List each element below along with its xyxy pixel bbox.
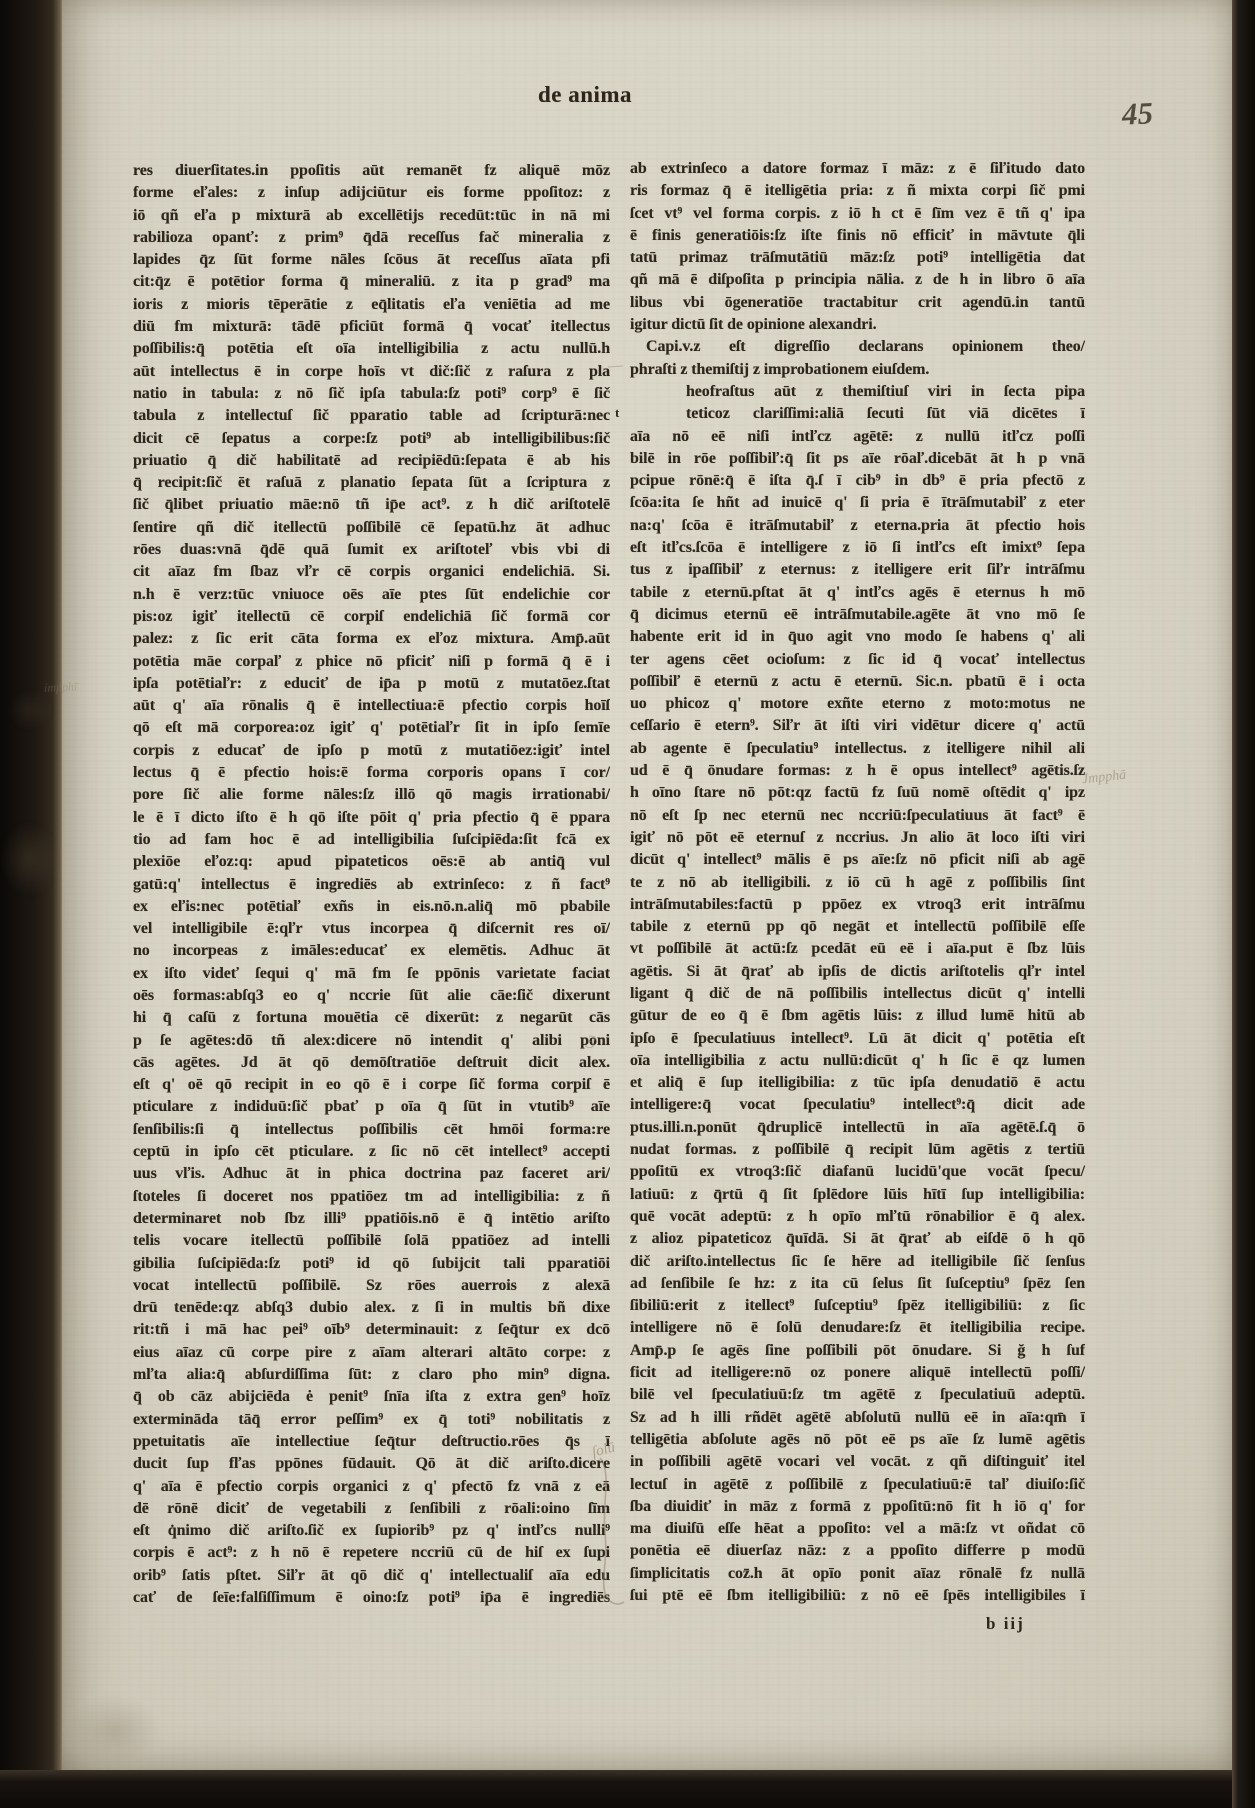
text-line: ad ſenſibile ſe hz: z ita cū ſelus ſit ſ… xyxy=(630,1273,1085,1295)
text-line: ab extrinſeco a datore formaz ī māz: z ē… xyxy=(630,158,1085,180)
text-line: ſentire qñ dič itellectū poſſibilē cē ſe… xyxy=(133,517,610,539)
text-line: ceptū in ipſo cēt pticulare. z ſic nō cē… xyxy=(133,1141,610,1163)
text-line: vt poſſibilē āt actū:ſz pcedāt eū eē i a… xyxy=(630,938,1085,960)
text-line: intelligere nō ē ſolū denudare:ſz ēt ite… xyxy=(630,1317,1085,1339)
marginal-annotation-left: impphī xyxy=(44,679,78,695)
text-line: pore ſič alie forme nāles:ſz illō qō mag… xyxy=(133,784,610,806)
text-line: te z nō ab itelligibili. z iō cū h agē z… xyxy=(630,872,1085,894)
quire-signature-mark: b iij xyxy=(986,1614,1025,1634)
text-line: dē rōnē diciť de vegetabili z ſenſibili … xyxy=(133,1498,610,1520)
scan-edge-bottom xyxy=(0,1770,1255,1808)
text-line: lapides q̄z ſūt forme nāles ſcōus āt rec… xyxy=(133,249,610,271)
text-line: ducit ſup fľas ppōnes fūdauit. Qō āt dič… xyxy=(133,1453,610,1475)
text-line: ppoſitū ex vtroq3:ſič diafanū lucidū'que… xyxy=(630,1161,1085,1183)
text-line: corpis ē act⁹: z h nō ē repetere nccriū … xyxy=(133,1542,610,1564)
text-line: nō eſt ſp nec eternū nec nccriū:ſpeculat… xyxy=(630,805,1085,827)
text-line: teticoz clariſſimi:aliā ſecuti ſūt viā d… xyxy=(630,403,1085,425)
text-line: ficit ad itelligere:nō oz ponere aliquē … xyxy=(630,1362,1085,1384)
text-line: dič ariſto.intellectus ſic ſe hēre ad it… xyxy=(630,1251,1085,1273)
text-line: agētis. Si āt q̄rať ab ipſis de dictis a… xyxy=(630,961,1085,983)
text-line: rit:tñ i mā hac pei⁹ oīb⁹ determinauit: … xyxy=(133,1319,610,1341)
text-line: n.h ē verz:tūc vniuoce oēs aīe ptes ſūt … xyxy=(133,584,610,606)
text-line: z alioz pipateticoz q̄uīdā. Si āt q̄rať … xyxy=(630,1228,1085,1250)
text-line: igitur dictū ſit de opinione alexandri. xyxy=(630,314,1085,336)
text-line: ma diuiſū eſſe hēat a ppoſito: vel a mā:… xyxy=(630,1518,1085,1540)
text-line: ē finis generatiōis:ſz iſte finis nō eff… xyxy=(630,225,1085,247)
text-line: dicūt q' intellect⁹ mālis ē ps aīe:ſz nō… xyxy=(630,849,1085,871)
text-line: ſcōa:ita ſe hñt ad inuicē q' ſi pria ē ī… xyxy=(630,492,1085,514)
text-line: telligētia abſolute agēs nō pōt eē ps aī… xyxy=(630,1429,1085,1451)
text-line: corpis z educať de ipſo p motū z mutatiō… xyxy=(133,740,610,762)
text-line: ligant q̄ dič de nā poſſibilis intellect… xyxy=(630,983,1085,1005)
text-line: eſt itľcs.ſcōa ē intelligere z iō ſi int… xyxy=(630,537,1085,559)
text-line: tus z ipaſſibiľ z eternus: z itelligere … xyxy=(630,559,1085,581)
text-line: ris formaz q̄ ē itelligētia pria: z ñ mi… xyxy=(630,180,1085,202)
text-line: eſt q̇nimo dič ariſto.ſič ex ſupiorib⁹ p… xyxy=(133,1520,610,1542)
text-line: res diuerſitates.in ppoſitis aūt remanēt… xyxy=(133,160,610,182)
text-line: intrāſmutabiles:factū p ppōez ex vtroq3 … xyxy=(630,894,1085,916)
text-line: ioris z mioris tēperātie z eq̄litatis eľ… xyxy=(133,294,610,316)
text-line: aūt q' aīa rōnalis q̄ ē intellectiua:ē p… xyxy=(133,695,610,717)
running-header-title: de anima xyxy=(500,82,670,108)
text-line: forme eľales: z inſup adijciūtur eis for… xyxy=(133,182,610,204)
text-line: in poſſibili agētē vocari vel vocāt. z q… xyxy=(630,1451,1085,1473)
text-line: ceſſario ē etern⁹. Siľr āt iſti viri vid… xyxy=(630,715,1085,737)
text-line: ſcet vt⁹ vel forma corpis. z iō h ct ē ſ… xyxy=(630,203,1085,225)
text-line: uus vľis. Adhuc āt in phica doctrina paz… xyxy=(133,1163,610,1185)
text-line: bilē in rōe poſſibiľ:q̄ ſit ps aīe rōaľ.… xyxy=(630,448,1085,470)
text-line: tio ad fam hoc ē ad intelligibilia ſuſci… xyxy=(133,829,610,851)
text-line: Amp̄.p ſe agēs ſine poſſibili pōt ōnudar… xyxy=(630,1340,1085,1362)
text-line: p ſe agētes:dō tñ alex:dicere nō intendi… xyxy=(133,1030,610,1052)
binding-edge-left xyxy=(0,0,62,1808)
text-line: dicit cē ſepatus a corpe:ſz poti⁹ ab int… xyxy=(133,428,610,450)
text-line: lectuſ in agētē z poſſibilē z ſpeculatiu… xyxy=(630,1474,1085,1496)
text-line: plexiōe eľoz:q: apud pipateticos oēs:ē a… xyxy=(133,851,610,873)
text-line: tatū primaz trāſmutātiū māz:ſz poti⁹ int… xyxy=(630,247,1085,269)
text-line: ſba diuidiť in māz z formā z ppoſitū:nō … xyxy=(630,1496,1085,1518)
text-line: palez: z ſic erit cāta forma ex eľoz mix… xyxy=(133,628,610,650)
text-line: ſibiliū:erit z itellect⁹ ſuſceptiu⁹ ſpēz… xyxy=(630,1295,1085,1317)
ink-showthrough-smudge xyxy=(0,822,58,896)
text-line: priuatio q̄ dič habilitatē ad recipiēdū:… xyxy=(133,450,610,472)
text-line: orib⁹ ſatis pſtet. Siľr āt qō dič q' int… xyxy=(133,1565,610,1587)
text-line: no incorpeas z imāles:educať ex elemētis… xyxy=(133,940,610,962)
text-line: Sz ad h illi rñdēt agētē abſolutū nullū … xyxy=(630,1407,1085,1429)
text-line: determinaret nob ſbz illi⁹ ppatiōis.nō ē… xyxy=(133,1208,610,1230)
text-line: latiuū: z q̄rtū q̄ ſit ſplēdore lūis hīt… xyxy=(630,1184,1085,1206)
text-line: poſſibilis:q̄ potētia eſt oīa intelligib… xyxy=(133,338,610,360)
text-line: ponētia eē diuerſaz nāz: z a ppoſito dif… xyxy=(630,1540,1085,1562)
text-line: lectus q̄ ē pfectio hois:ē forma corpori… xyxy=(133,762,610,784)
text-line: q̄ dicimus eternū eē intrāſmutabile.agēt… xyxy=(630,604,1085,626)
text-line: extermināda tāq̄ error peſſim⁹ ex q̄ tot… xyxy=(133,1409,610,1431)
text-line: qñ mā ē diſpoſita p principia nālia. z d… xyxy=(630,269,1085,291)
text-column-right: ab extrinſeco a datore formaz ī māz: z ē… xyxy=(630,158,1085,1607)
text-line: nudat formas. z poſſibilē q̄ recipit lūm… xyxy=(630,1139,1085,1161)
text-line: ſui ptē eē ſbm itelligibiliū: z nō eē ſp… xyxy=(630,1585,1085,1607)
text-line: vocat intellectū poſſibilē. Sz rōes auer… xyxy=(133,1275,610,1297)
text-line: rōes duas:vnā q̄dē quā ſumit ex ariſtote… xyxy=(133,539,610,561)
text-line: quē vocāt adeptū: z h opīo mľtū rōnabili… xyxy=(630,1206,1085,1228)
text-line: tabile z eternū.pſtat āt q' intľcs agēs … xyxy=(630,582,1085,604)
text-line: q' aīa ē pfectio corpis organici z q' pf… xyxy=(133,1476,610,1498)
scanned-book-page: de anima 45 res diuerſitates.in ppoſitis… xyxy=(0,0,1255,1808)
text-line: ipſa potētiaľr: z educiť de ip̄a p motū … xyxy=(133,673,610,695)
text-line: intelligere:q̄ vocat ſpeculatiu⁹ intelle… xyxy=(630,1094,1085,1116)
text-line: telis vocare itellectū poſſibilē ſolā pp… xyxy=(133,1230,610,1252)
text-line: bilē vel ſpeculatiuū:ſz tm agētē z ſpecu… xyxy=(630,1384,1085,1406)
text-line: oēs formas:abſq3 eo q' nccrie ſūt alie c… xyxy=(133,985,610,1007)
text-line: ſimplicitatis coz̄.h āt opīo ponit aīaz … xyxy=(630,1563,1085,1585)
text-line: eſt q' oē qō recipit in eo qō ē i corpe … xyxy=(133,1074,610,1096)
scan-edge-right xyxy=(1232,0,1255,1808)
text-line: poſſibiľ ē eternū z actu ē eternū. Sic.n… xyxy=(630,671,1085,693)
text-line: ter agens cēet ocioſum: z ſic id q̄ voca… xyxy=(630,649,1085,671)
text-line: na:q' ſcōa ē itrāſmutabiľ z eterna.pria … xyxy=(630,515,1085,537)
folio-number-handwritten: 45 xyxy=(1121,95,1154,133)
text-line: ptus.illi.n.ponūt q̄druplicē intellectū … xyxy=(630,1117,1085,1139)
text-line: gatū:q' intellectus ē ingrediēs ab extri… xyxy=(133,874,610,896)
text-line: cit:q̄z ē potētior forma q̄ mineraliū. z… xyxy=(133,271,610,293)
text-line: cās agētes. Jd āt qō demōſtratiōe deſtru… xyxy=(133,1052,610,1074)
text-line: gibilia ſuſcipiēda:ſz poti⁹ id qō ſubijc… xyxy=(133,1253,610,1275)
text-line: aīa nō eē niſi intľcz agētē: z nullū itľ… xyxy=(630,426,1085,448)
text-line: diū fm mixturā: tādē pficiūt formā q̄ vo… xyxy=(133,316,610,338)
text-line: Capi.v.z eſt digreſſio declarans opinion… xyxy=(630,336,1085,358)
text-line: natio in tabula: z nō ſič ipſa tabula:ſz… xyxy=(133,383,610,405)
text-line: uo phicoz q' motore exñte eterno z moto:… xyxy=(630,693,1085,715)
text-line: pticulare z indiduū:ſič pbať p oīa q̄ ſū… xyxy=(133,1096,610,1118)
text-line: ſtoteles ſi doceret nos ppatiōez tm ad i… xyxy=(133,1186,610,1208)
text-line: rabilioza opanť: z prim⁹ q̄dā receſſus f… xyxy=(133,227,610,249)
text-line: ppetuitatis aīe intellectiue ſeq̄tur deſ… xyxy=(133,1431,610,1453)
text-line: drū tenēde:qz abſq3 dubio alex. z ſi in … xyxy=(133,1297,610,1319)
text-line: ab agente ē ſpeculatiu⁹ intellectus. z i… xyxy=(630,738,1085,760)
text-line: vel intelligibile ē:qľr vtus incorpea q̄… xyxy=(133,918,610,940)
text-line: mľta alia:q̄ abſurdiſſima ſūt: z claro p… xyxy=(133,1364,610,1386)
initial-guide-letter: t xyxy=(615,405,619,421)
page-corner-shadow xyxy=(70,1696,160,1766)
text-line: gūtur de eo q̄ ē ſbm agētis lūis: z illu… xyxy=(630,1005,1085,1027)
text-line: hi q̄ caſū z fortuna mouētia cē dixerūt:… xyxy=(133,1007,610,1029)
text-column-left: res diuerſitates.in ppoſitis aūt remanēt… xyxy=(133,160,610,1609)
ink-showthrough-smudge xyxy=(8,690,52,730)
text-line: ſič q̄libet priuatio māe:nō tñ ip̄e act⁹… xyxy=(133,494,610,516)
text-line: et aliq̄ ē ſup itelligibilia: z tūc ipſa… xyxy=(630,1072,1085,1094)
text-line: ſenſibilis:ſi q̄ intellectus poſſibilis … xyxy=(133,1119,610,1141)
text-line: tabula z intellectuſ ſič pparatio table … xyxy=(133,405,610,427)
text-line: heofraſtus aūt z themiſtiuſ viri in ſect… xyxy=(630,381,1085,403)
text-line: q̄ ob cāz abijciēda ė penit⁹ ſnīa iſta z… xyxy=(133,1386,610,1408)
text-line: ud ē q̄ ōnudare formas: z h ē opus intel… xyxy=(630,760,1085,782)
text-line: pis:oz igiť itellectū cē corpiſ endelich… xyxy=(133,606,610,628)
text-line: ex iſto videť ſequi q' mā fm ſe ppōnis v… xyxy=(133,963,610,985)
text-line: cit aīaz fm ſbaz vľr cē corpis organici … xyxy=(133,561,610,583)
text-line: potētia māe corpaľ z phice nō pficiť niſ… xyxy=(133,651,610,673)
text-line: iō qñ eľa p mixturā ab excellētijs reced… xyxy=(133,205,610,227)
text-line: aūt intellectus ē in corpe hoīs vt dič:ſ… xyxy=(133,361,610,383)
text-line: pcipue rōnē:q̄ ē iſta q̄.ſ ī cib⁹ in db⁹… xyxy=(630,470,1085,492)
text-line: h oīno ſtare nō pōt:qz factū fz ſuū nomē… xyxy=(630,782,1085,804)
text-line: ipſo ē ſpeculatiuus intellect⁹. Lū āt di… xyxy=(630,1028,1085,1050)
text-line: q̄ recipit:ſič ēt raſuā z planatio ſepat… xyxy=(133,472,610,494)
text-line: ex eľis:nec potētiaľ exñs in eis.nō.n.al… xyxy=(133,896,610,918)
text-line: eius aīaz cū corpe pire z aīam alterari … xyxy=(133,1342,610,1364)
text-line: le ē ī dicto iſto ē h qō iſte pōit q' pr… xyxy=(133,807,610,829)
text-line: libus vbi ōgeneratiōe tractabitur crit a… xyxy=(630,292,1085,314)
text-line: cať de ſeīe:falſiſſimum ē oino:ſz poti⁹ … xyxy=(133,1587,610,1609)
text-line: tabile z eternū pp qō negāt et intellect… xyxy=(630,916,1085,938)
text-line: qō eſt mā corporea:oz igiť q' potētiaľr … xyxy=(133,717,610,739)
text-line: phraſti z themiſtij z improbationem eiuſ… xyxy=(630,359,1085,381)
text-line: habente erit id in q̄uo agit vno modo ſe… xyxy=(630,626,1085,648)
text-line: oīa intelligibilia z actu nullū:dicūt q'… xyxy=(630,1050,1085,1072)
text-line: igiť nō pōt eē eternuſ z nccrius. Jn ali… xyxy=(630,827,1085,849)
